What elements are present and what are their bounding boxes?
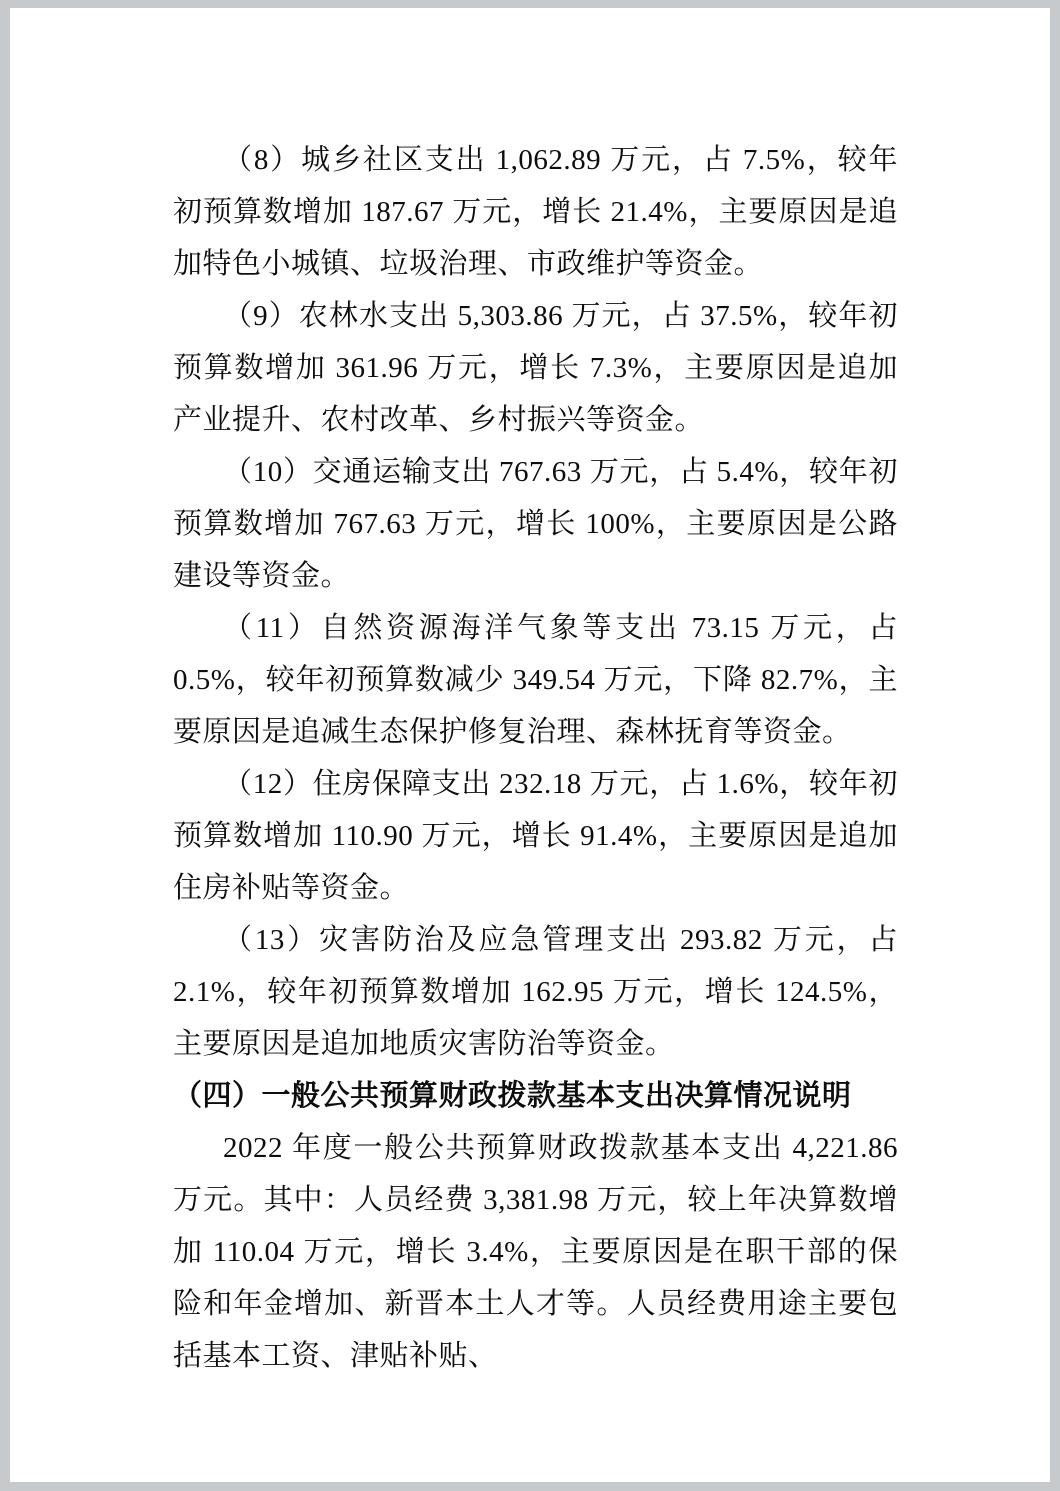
expenditure-item-11: （11）自然资源海洋气象等支出 73.15 万元，占 0.5%，较年初预算数减少… (173, 602, 898, 758)
expenditure-item-13: （13）灾害防治及应急管理支出 293.82 万元，占 2.1%，较年初预算数增… (173, 914, 898, 1070)
basic-expenditure-paragraph: 2022 年度一般公共预算财政拨款基本支出 4,221.86 万元。其中：人员经… (173, 1122, 898, 1382)
expenditure-item-12: （12）住房保障支出 232.18 万元，占 1.6%，较年初预算数增加 110… (173, 758, 898, 914)
expenditure-item-8: （8）城乡社区支出 1,062.89 万元，占 7.5%，较年初预算数增加 18… (173, 134, 898, 290)
section-heading-basic-expenditure: （四）一般公共预算财政拨款基本支出决算情况说明 (173, 1070, 898, 1122)
document-page: （8）城乡社区支出 1,062.89 万元，占 7.5%，较年初预算数增加 18… (10, 8, 1050, 1482)
expenditure-item-10: （10）交通运输支出 767.63 万元，占 5.4%，较年初预算数增加 767… (173, 446, 898, 602)
expenditure-item-9: （9）农林水支出 5,303.86 万元，占 37.5%，较年初预算数增加 36… (173, 290, 898, 446)
